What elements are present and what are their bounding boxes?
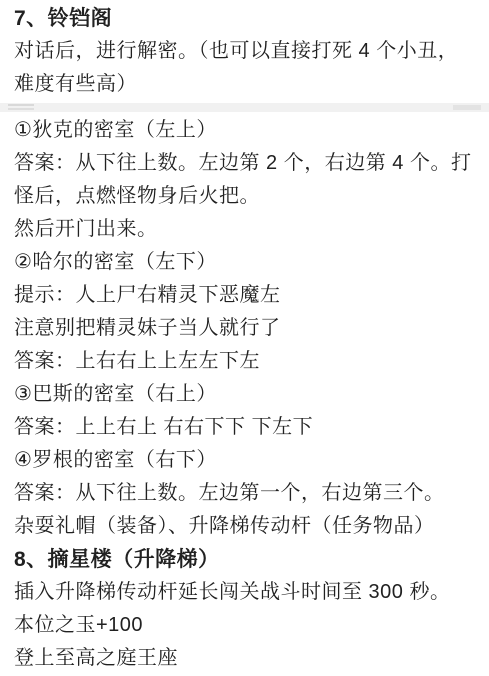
screenshot-stitch-divider xyxy=(0,103,489,112)
section-8-heading: 8、摘星楼（升降梯） xyxy=(14,543,477,576)
guide-document: 7、铃铛阁 对话后，进行解密。（也可以直接打死 4 个小丑，难度有些高） ①狄克… xyxy=(0,0,489,675)
divider-left-mark xyxy=(8,104,34,106)
room-1-note: 然后开门出来。 xyxy=(14,213,477,246)
room-3-answer: 答案：上上右上 右右下下 下左下 xyxy=(14,411,477,444)
room-4-answer: 答案：从下往上数。左边第一个，右边第三个。 xyxy=(14,477,477,510)
room-1-answer: 答案：从下往上数。左边第 2 个，右边第 4 个。打怪后，点燃怪物身后火把。 xyxy=(14,147,477,213)
divider-right-mark xyxy=(453,105,481,110)
section-8-throne-note: 登上至高之庭王座 xyxy=(14,642,477,675)
room-2-answer: 答案：上右右上上左左下左 xyxy=(14,345,477,378)
section-8-elevator-note: 插入升降梯传动杆延长闯关战斗时间至 300 秒。 xyxy=(14,576,477,609)
room-4-title: ④罗根的密室（右下） xyxy=(14,444,477,477)
section-8-jade-reward: 本位之玉+100 xyxy=(14,609,477,642)
section-7-heading: 7、铃铛阁 xyxy=(14,2,477,35)
room-2-title: ②哈尔的密室（左下） xyxy=(14,246,477,279)
room-1-title: ①狄克的密室（左上） xyxy=(14,114,477,147)
section-7-intro: 对话后，进行解密。（也可以直接打死 4 个小丑，难度有些高） xyxy=(14,35,477,101)
room-2-warning: 注意别把精灵妹子当人就行了 xyxy=(14,312,477,345)
section-7-rewards: 杂耍礼帽（装备）、升降梯传动杆（任务物品） xyxy=(14,510,477,543)
room-3-title: ③巴斯的密室（右上） xyxy=(14,378,477,411)
room-2-hint: 提示：人上尸右精灵下恶魔左 xyxy=(14,279,477,312)
